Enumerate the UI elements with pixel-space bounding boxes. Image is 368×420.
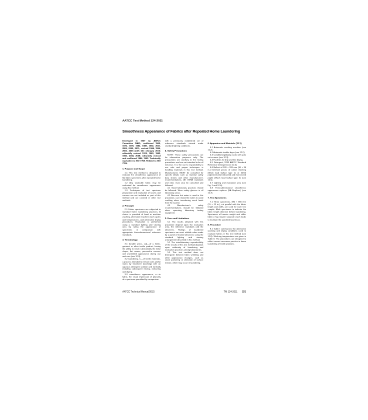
paragraph: 6.8 Three-dimensional smoothness appeara… bbox=[208, 187, 246, 195]
footer-page-number: 221 bbox=[242, 291, 246, 293]
paragraph: NOTE: These safety precautions are for i… bbox=[165, 154, 203, 187]
column-2: with a previously established set of ref… bbox=[165, 140, 203, 290]
document-header-method-number: AATCC Test Method 124-2011 bbox=[122, 119, 162, 122]
paragraph: 7.1 Three specimens, 380 × 380 mm (15 × … bbox=[208, 201, 246, 221]
section-heading: 6. Apparatus and Materials (12.1) bbox=[208, 142, 246, 145]
paragraph: 3.2 laundering, n.—of textile materials,… bbox=[122, 258, 160, 273]
document-footer: AATCC Technical Manual/2015 TM 124-2011 … bbox=[122, 291, 246, 293]
canvas: { "page": { "header": "AATCC Test Method… bbox=[0, 0, 368, 420]
paragraph: with a previously established set of ref… bbox=[165, 140, 203, 148]
section-heading: 2. Principle bbox=[122, 205, 160, 208]
paragraph: 1.3 Techniques of test specimen preparat… bbox=[122, 189, 160, 202]
paragraph: 6.6 Ballast of 920 × 920 mm (36 × 36 in.… bbox=[208, 166, 246, 181]
section-heading: 1. Purpose and Scope bbox=[122, 168, 160, 171]
column-3: 6. Apparatus and Materials (12.1)6.1 Aut… bbox=[208, 140, 246, 290]
paragraph: 4.3 Manufacturer's safety recommendation… bbox=[165, 204, 203, 214]
section-heading: 3. Terminology bbox=[122, 239, 160, 242]
paragraph: 1.1 This test method is designed to eval… bbox=[122, 172, 160, 182]
paragraph: 3.3 smoothness appearance, n.—in fabric,… bbox=[122, 273, 160, 281]
text-columns: Developed in 1967 by AATCC Committee RA6… bbox=[122, 140, 246, 290]
paragraph: 4.1 Good laboratory practices should be … bbox=[165, 187, 203, 195]
section-heading: 8. Procedure bbox=[208, 224, 246, 227]
section-heading: 4. Safety Precautions bbox=[165, 150, 203, 153]
section-heading: 7. Test Specimens bbox=[208, 197, 246, 200]
section-heading: 5. Uses and Limitations bbox=[165, 217, 203, 220]
footer-method-code: TM 124-2011 bbox=[224, 291, 238, 293]
document-page: AATCC Test Method 124-2011 Smoothness Ap… bbox=[120, 117, 248, 299]
paragraph: 3.1 durable press, adj.—of a fabric, gar… bbox=[122, 243, 160, 258]
paragraph: 8.1 Table I summarizes the alternative w… bbox=[208, 228, 246, 246]
paragraph: 5.1 The results obtained with this proce… bbox=[165, 221, 203, 241]
paragraph: 2.1 Fabric specimens are subjected to st… bbox=[122, 208, 160, 236]
column-1: Developed in 1967 by AATCC Committee RA6… bbox=[122, 140, 160, 290]
paragraph: Developed in 1967 by AATCC Committee RA6… bbox=[122, 140, 160, 165]
document-page-content: AATCC Test Method 124-2011 Smoothness Ap… bbox=[120, 117, 248, 299]
paragraph: 4.2 Because hot water is used in this pr… bbox=[165, 194, 203, 204]
footer-manual-name: AATCC Technical Manual/2015 bbox=[122, 291, 154, 293]
paragraph: 5.3 This test method does not distinguis… bbox=[165, 251, 203, 264]
paragraph: 5.2 The interlaboratory reproducibility … bbox=[165, 241, 203, 251]
paragraph: 1.2 Any washable fabric may be evaluated… bbox=[122, 182, 160, 190]
footer-right-group: TM 124-2011 221 bbox=[224, 291, 246, 293]
document-title: Smoothness Appearance of Fabrics after R… bbox=[122, 129, 240, 133]
